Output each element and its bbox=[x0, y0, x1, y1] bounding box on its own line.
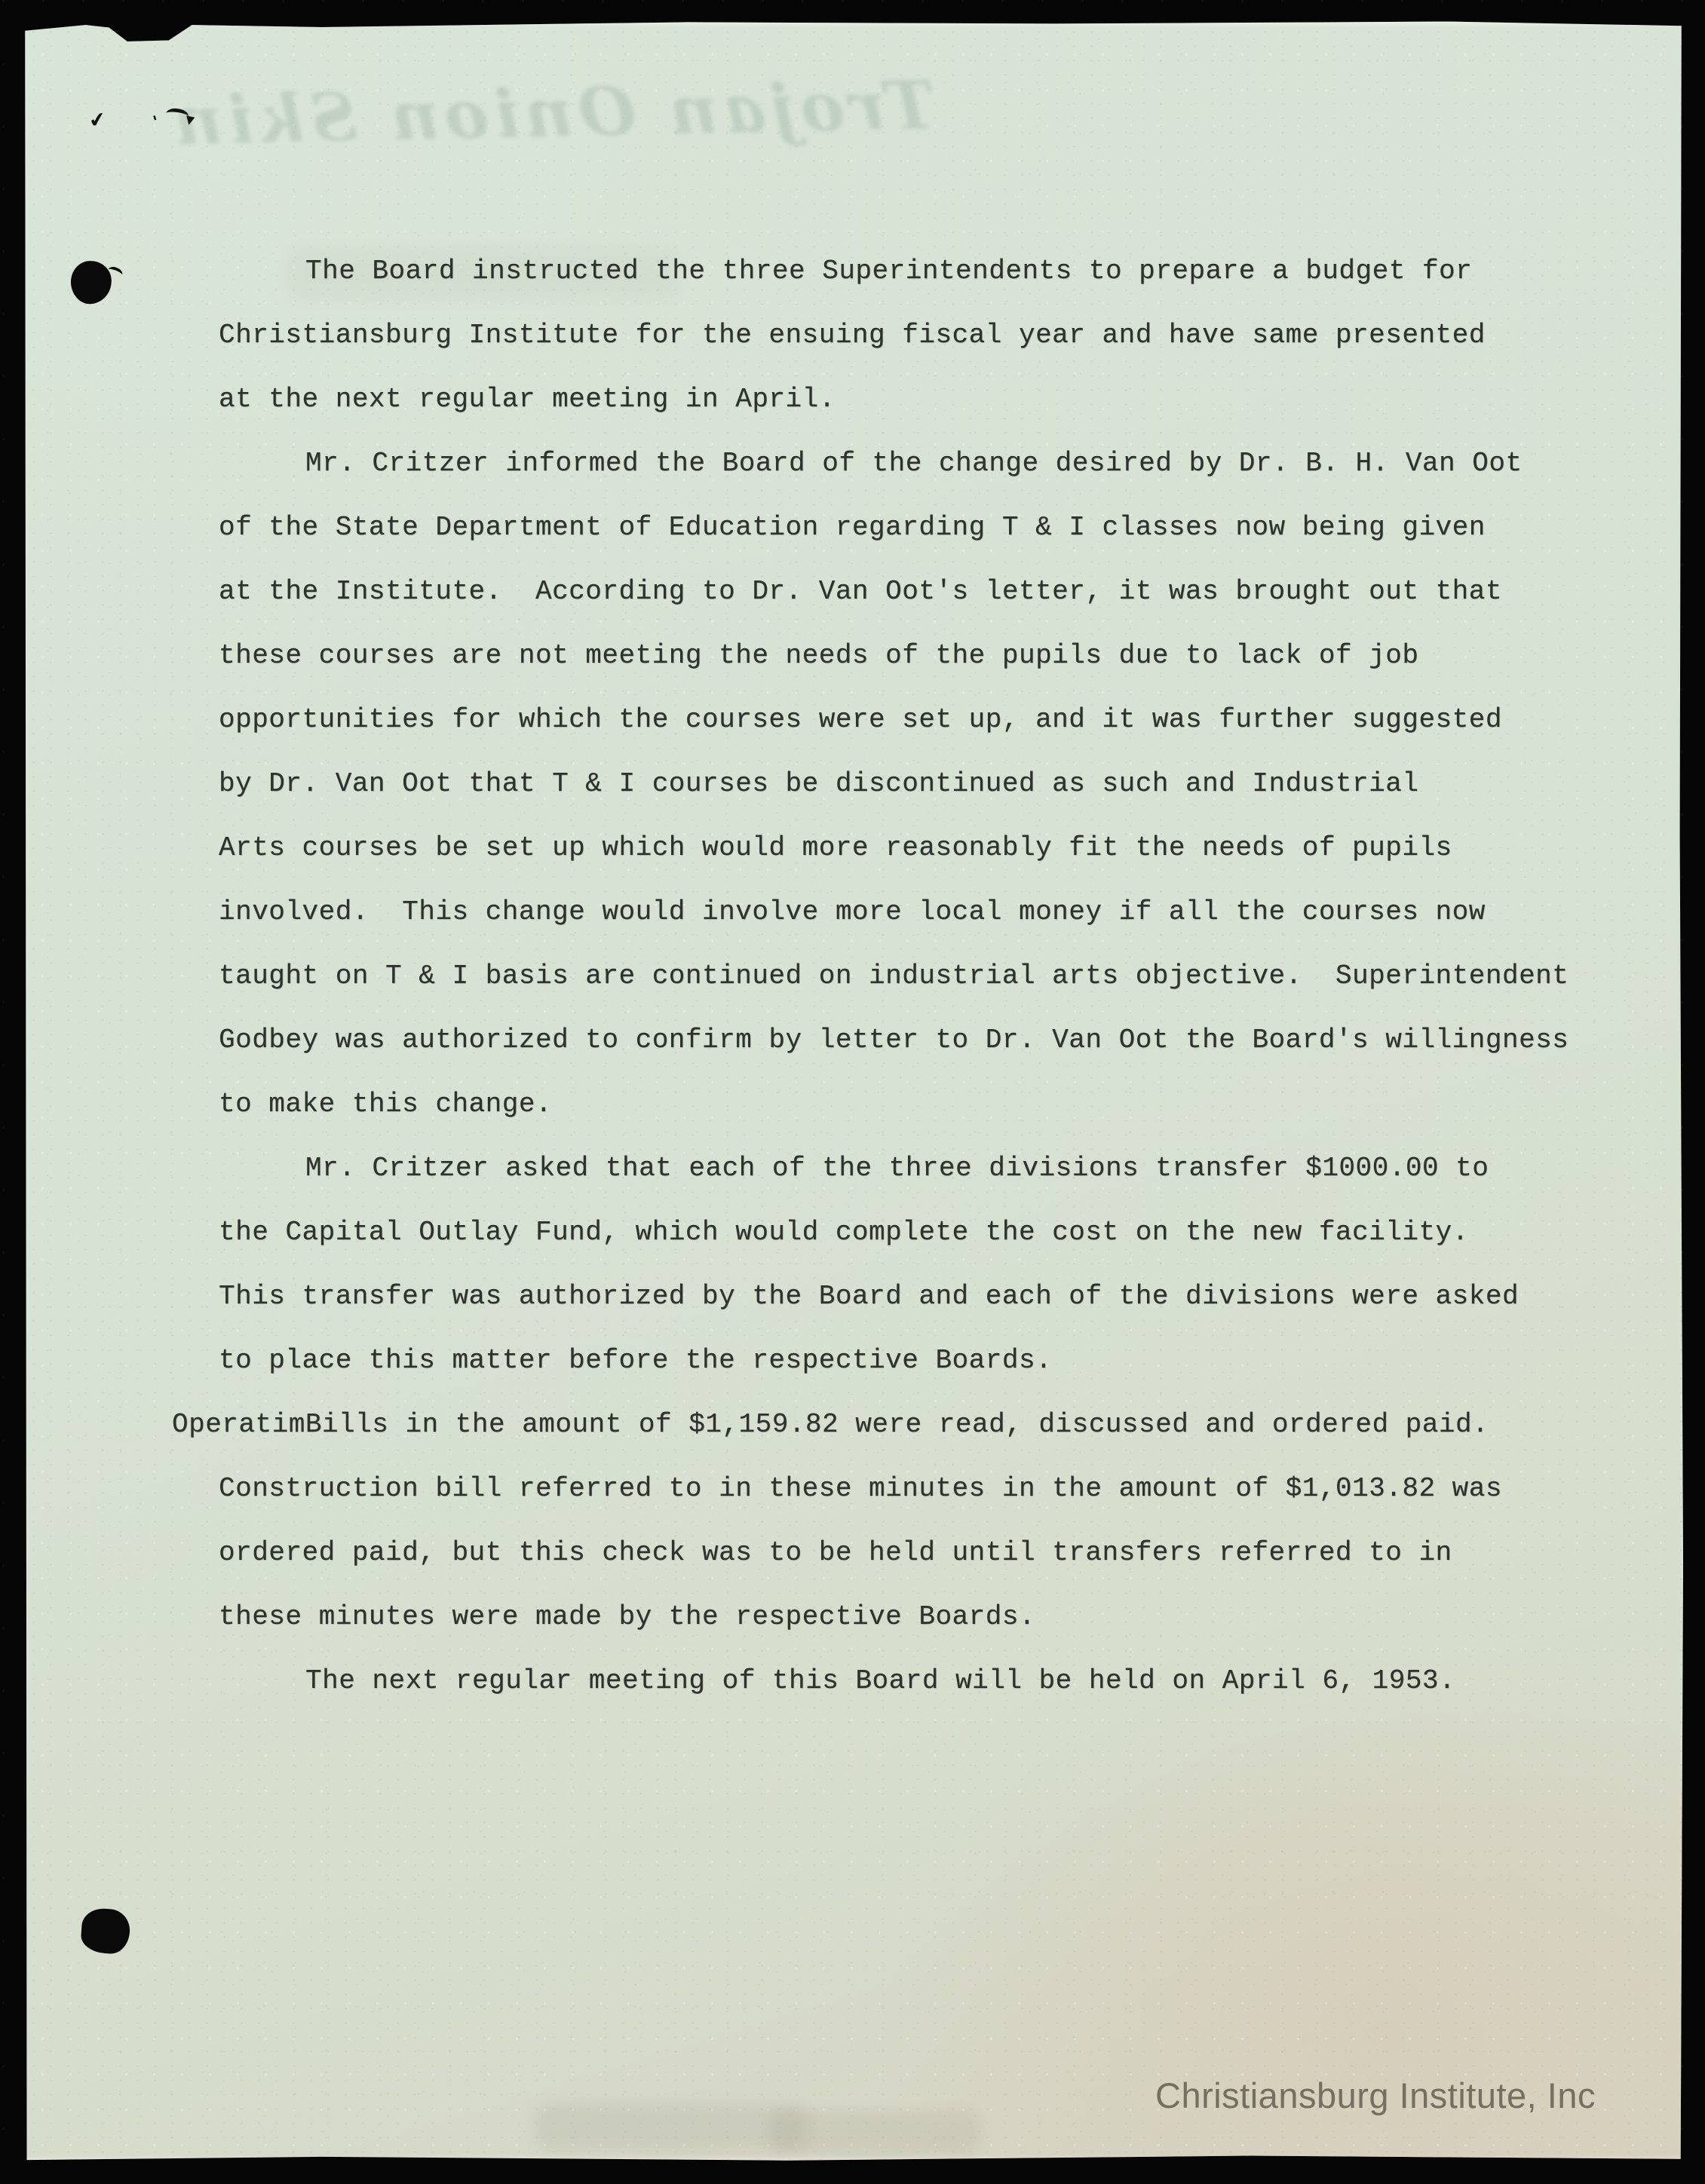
scan-background: { "document": { "showthrough_top": "Troj… bbox=[0, 0, 1705, 2184]
ink-mark-tick: ' bbox=[151, 113, 161, 133]
typewritten-line: Construction bill referred to in these m… bbox=[219, 1457, 1651, 1521]
typewritten-line: to place this matter before the respecti… bbox=[219, 1328, 1651, 1392]
watermark-label: Christiansburg Institute, Inc bbox=[1155, 2076, 1596, 2115]
typewritten-line: Mr. Critzer asked that each of the three… bbox=[219, 1136, 1651, 1200]
typewritten-line: Mr. Critzer informed the Board of the ch… bbox=[219, 431, 1651, 495]
typewritten-line: This transfer was authorized by the Boar… bbox=[219, 1264, 1651, 1328]
showthrough-text: Trojan Onion Skin bbox=[210, 63, 936, 169]
punch-hole-bottom bbox=[80, 1907, 131, 1955]
typed-lines: The Board instructed the three Superinte… bbox=[219, 239, 1651, 1713]
typewritten-line: by Dr. Van Oot that T & I courses be dis… bbox=[219, 752, 1651, 816]
typewritten-line: of the State Department of Education reg… bbox=[219, 495, 1651, 559]
typewritten-line: The next regular meeting of this Board w… bbox=[219, 1649, 1651, 1713]
typewritten-line: ordered paid, but this check was to be h… bbox=[219, 1521, 1651, 1585]
typewritten-line: to make this change. bbox=[219, 1072, 1651, 1136]
showthrough-smudge bbox=[769, 2111, 980, 2153]
typewritten-line: Arts courses be set up which would more … bbox=[219, 816, 1651, 880]
typewritten-line: Godbey was authorized to confirm by lett… bbox=[219, 1008, 1651, 1072]
typewritten-line: at the next regular meeting in April. bbox=[219, 367, 1651, 431]
paper-sheet: Trojan Onion Skin ✔ ' ▼ The Board instru… bbox=[23, 21, 1683, 2162]
typewritten-line: these minutes were made by the respectiv… bbox=[219, 1585, 1651, 1649]
typewritten-line: The Board instructed the three Superinte… bbox=[219, 239, 1651, 303]
typewritten-line: OperatimBills in the amount of $1,159.82… bbox=[172, 1392, 1651, 1457]
typewritten-line: the Capital Outlay Fund, which would com… bbox=[219, 1200, 1651, 1264]
typewritten-line: involved. This change would involve more… bbox=[219, 880, 1651, 944]
typewritten-line: taught on T & I basis are continued on i… bbox=[219, 944, 1651, 1008]
typewritten-line: Christiansburg Institute for the ensuing… bbox=[219, 303, 1651, 367]
typewritten-line: opportunities for which the courses were… bbox=[219, 688, 1651, 752]
typewritten-line: at the Institute. According to Dr. Van O… bbox=[219, 559, 1651, 623]
showthrough-smudge bbox=[535, 2103, 807, 2150]
ink-mark-check: ✔ bbox=[87, 107, 108, 133]
punch-hole-top bbox=[69, 259, 114, 305]
typewritten-line: these courses are not meeting the needs … bbox=[219, 623, 1651, 688]
